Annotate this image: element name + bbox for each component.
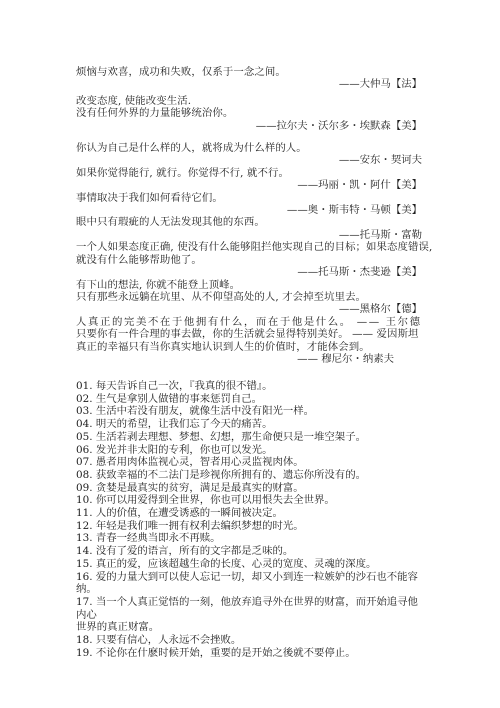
numbered-quote-list: 01. 每天告诉自己一次，『我真的很不错』。 02. 生气是拿别人做错的事来惩罚…: [76, 380, 422, 659]
spacer: [76, 132, 422, 142]
list-item-continuation: 世界的真正财富。: [76, 621, 422, 634]
list-item: 02. 生气是拿别人做错的事来惩罚自己。: [76, 393, 422, 406]
list-item: 05. 生活若剥去理想、梦想、幻想，那生命便只是一堆空架子。: [76, 431, 422, 444]
quote-attribution: ——大仲马【法】: [76, 78, 422, 90]
list-item: 12. 年轻是我们唯一拥有权利去编织梦想的时光。: [76, 520, 422, 533]
list-item: 01. 每天告诉自己一次，『我真的很不错』。: [76, 380, 422, 393]
list-item: 13. 青春一经典当即永不再赎。: [76, 532, 422, 545]
inline-quote: 人真正的完美不在于他拥有什么，而在于他是什么。 —— 王尔德: [76, 316, 422, 328]
inline-quote-attribution: —— 王尔德: [357, 316, 422, 328]
list-item: 16. 爱的力量大到可以使人忘记一切，却又小到连一粒嫉妒的沙石也不能容纳。: [76, 571, 422, 596]
list-item: 08. 获致幸福的不二法门是珍视你所拥有的、遗忘你所没有的。: [76, 469, 422, 482]
list-item: 11. 人的价值，在遭受诱惑的一瞬间被决定。: [76, 507, 422, 520]
inline-quote-text: 真正的幸福只有当你真实地认识到人生的价值时，才能体会到。: [76, 341, 422, 353]
quote-text: 只有那些永远躺在坑里、从不仰望高处的人, 才会掉至坑里去。: [76, 291, 422, 303]
list-item: 10. 你可以用爱得到全世界，你也可以用恨失去全世界。: [76, 494, 422, 507]
quote-attribution: ——托马斯・杰斐逊【美】: [76, 266, 422, 278]
quote-text: 如果你觉得能行, 就行。你觉得不行, 就不行。: [76, 167, 422, 179]
quote-text: 有下山的想法, 你就不能登上顶峰。: [76, 279, 422, 291]
list-item: 06. 发光并非太阳的专利，你也可以发光。: [76, 444, 422, 457]
inline-quote-attribution: —— 爱因斯坦: [352, 328, 418, 340]
quote-attribution: ——黑格尔【德】: [76, 303, 422, 315]
quote-attribution: ——托马斯・富勒: [76, 229, 422, 241]
list-item: 17. 当一个人真正觉悟的一刻，他放弃追寻外在世界的财富，而开始追寻他内心: [76, 596, 422, 621]
list-item: 14. 没有了爱的语言，所有的文字都是乏味的。: [76, 545, 422, 558]
list-item: 04. 明天的希望，让我们忘了今天的痛苦。: [76, 418, 422, 431]
list-item: 18. 只要有信心，人永远不会挫败。: [76, 634, 422, 647]
inline-quote-text: 人真正的完美不在于他拥有什么，而在于他是什么。: [76, 316, 352, 328]
quote-text: 改变态度, 使能改变生活.: [76, 95, 422, 107]
quote-text: 没有任何外界的力量能够统治你。: [76, 107, 422, 119]
list-item: 15. 真正的爱，应该超越生命的长度、心灵的宽度、灵魂的深度。: [76, 558, 422, 571]
quote-text: 就没有什么能够帮助他了。: [76, 254, 422, 266]
quote-text: 眼中只有瑕疵的人无法发现其他的东西。: [76, 216, 422, 228]
quote-text: 烦恼与欢喜，成功和失败，仅系于一念之间。: [76, 66, 422, 78]
quote-attribution: ——安东・契诃夫: [76, 154, 422, 166]
quotes-section: 烦恼与欢喜，成功和失败，仅系于一念之间。 ——大仲马【法】 改变态度, 使能改变…: [76, 66, 422, 365]
inline-quote-attribution: —— 穆尼尔・纳素夫: [76, 353, 422, 365]
quote-text: 你认为自己是什么样的人，就将成为什么样的人。: [76, 142, 422, 154]
quote-text: 事情取决于我们如何看待它们。: [76, 192, 422, 204]
list-item: 09. 贪婪是最真实的贫穷，满足是最真实的财富。: [76, 482, 422, 495]
quote-attribution: ——玛丽・凯・阿什【美】: [76, 179, 422, 191]
inline-quote: 只要你有一件合理的事去做，你的生活就会显得特别美好。 —— 爱因斯坦: [76, 328, 422, 340]
list-item: 07. 愚者用肉体监视心灵，智者用心灵监视肉体。: [76, 456, 422, 469]
quote-text: 一个人如果态度正确, 使没有什么能够阻拦他实现自己的目标；如果态度错误,: [76, 241, 422, 253]
quote-attribution: ——拉尔夫・沃尔多・埃默森【美】: [76, 120, 422, 132]
quote-attribution: ——奥・斯韦特・马顿【美】: [76, 204, 422, 216]
inline-quote-text: 只要你有一件合理的事去做，你的生活就会显得特别美好。: [76, 328, 349, 340]
list-item: 19. 不论你在什麽时候开始，重要的是开始之後就不要停止。: [76, 647, 422, 660]
list-item: 03. 生活中若没有朋友，就像生活中没有阳光一样。: [76, 405, 422, 418]
